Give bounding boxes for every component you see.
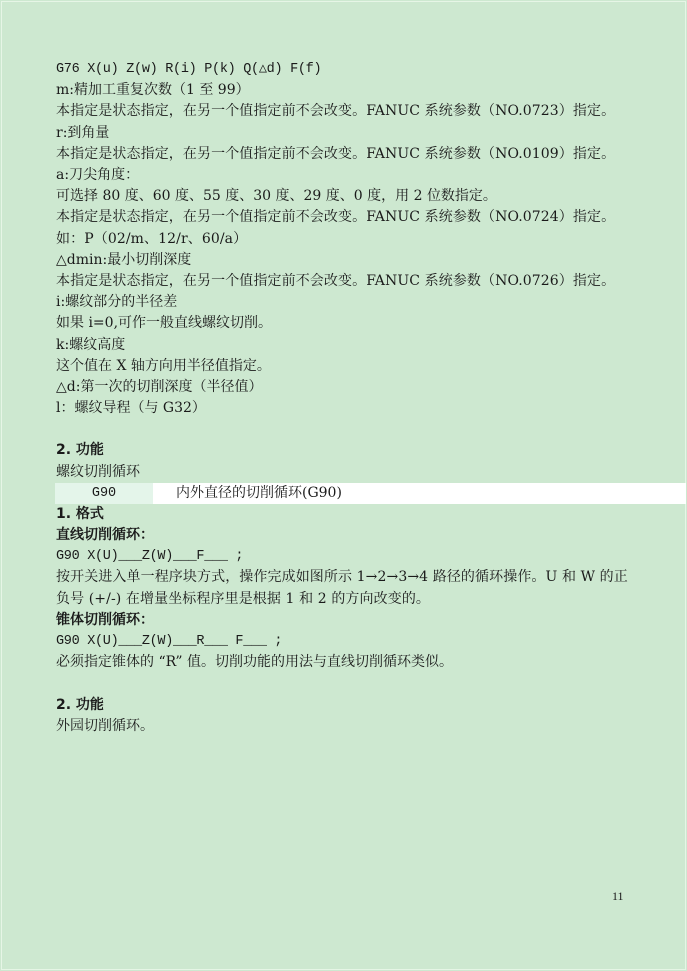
param-m-desc: 本指定是状态指定，在另一个值指定前不会改变。FANUC 系统参数（NO.0723… [56, 101, 628, 122]
param-m-label: m:精加工重复次数（1 至 99） [56, 80, 628, 101]
param-d-label: △d:第一次的切削深度（半径值） [56, 377, 628, 398]
g90-function-heading: 2. 功能 [56, 695, 628, 716]
command-description-cell: 内外直径的切削循环(G90) [153, 483, 686, 504]
straight-cycle-syntax: G90 X(U)___Z(W)___F___ ; [56, 546, 628, 567]
spacer [56, 419, 628, 440]
param-r-desc: 本指定是状态指定，在另一个值指定前不会改变。FANUC 系统参数（NO.0109… [56, 144, 628, 165]
command-table-row: G90 内外直径的切削循环(G90) [55, 483, 686, 504]
g90-format-heading: 1. 格式 [56, 504, 628, 525]
g76-function-heading: 2. 功能 [56, 440, 628, 461]
param-a-desc: 可选择 80 度、60 度、55 度、30 度、29 度、0 度，用 2 位数指… [56, 186, 628, 207]
g90-function-text: 外园切削循环。 [56, 716, 628, 737]
param-a-desc2: 本指定是状态指定，在另一个值指定前不会改变。FANUC 系统参数（NO.0724… [56, 207, 628, 249]
document-body: G76 X(u) Z(w) R(i) P(k) Q(△d) F(f) m:精加工… [56, 59, 628, 737]
straight-cycle-heading: 直线切削循环： [56, 525, 628, 546]
param-dmin-desc: 本指定是状态指定，在另一个值指定前不会改变。FANUC 系统参数（NO.0726… [56, 271, 628, 292]
g76-syntax: G76 X(u) Z(w) R(i) P(k) Q(△d) F(f) [56, 59, 628, 80]
taper-cycle-desc: 必须指定锥体的 “R” 值。切削功能的用法与直线切削循环类似。 [56, 652, 628, 673]
param-i-label: i:螺纹部分的半径差 [56, 292, 628, 313]
taper-cycle-syntax: G90 X(U)___Z(W)___R___ F___ ; [56, 631, 628, 652]
param-dmin-label: △dmin:最小切削深度 [56, 250, 628, 271]
param-r-label: r:到角量 [56, 123, 628, 144]
param-a-label: a:刀尖角度： [56, 165, 628, 186]
param-i-desc: 如果 i=0,可作一般直线螺纹切削。 [56, 313, 628, 334]
param-k-label: k:螺纹高度 [56, 335, 628, 356]
command-code-cell: G90 [55, 483, 153, 504]
g76-function-text: 螺纹切削循环 [56, 462, 628, 483]
straight-cycle-desc: 按开关进入单一程序块方式，操作完成如图所示 1→2→3→4 路径的循环操作。U … [56, 567, 628, 609]
page-number: 11 [612, 889, 624, 904]
spacer [56, 673, 628, 694]
taper-cycle-heading: 锥体切削循环： [56, 610, 628, 631]
param-l-label: l：螺纹导程（与 G32） [56, 398, 628, 419]
param-k-desc: 这个值在 X 轴方向用半径值指定。 [56, 356, 628, 377]
